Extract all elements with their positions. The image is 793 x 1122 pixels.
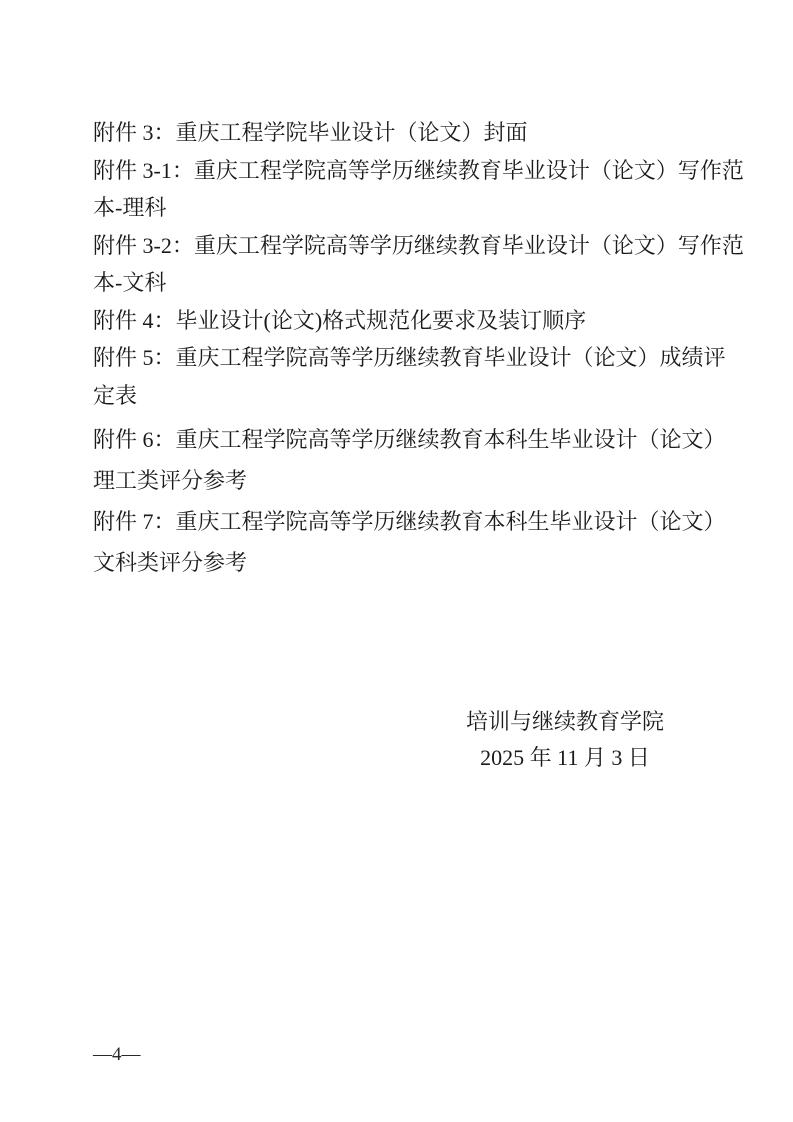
attachment-line-continuation: 本-文科 xyxy=(93,264,725,302)
signature-date: 2025 年 11 月 3 日 xyxy=(440,740,690,776)
signature-block: 培训与继续教育学院 2025 年 11 月 3 日 xyxy=(440,704,690,776)
attachment-line-continuation: 定表 xyxy=(93,377,725,415)
attachment-line: 附件 7：重庆工程学院高等学历继续教育本科生毕业设计（论文） xyxy=(93,501,725,542)
attachment-line-continuation: 理工类评分参考 xyxy=(93,460,725,501)
attachment-line: 附件 3-1：重庆工程学院高等学历继续教育毕业设计（论文）写作范 xyxy=(93,152,725,190)
attachment-line: 附件 5：重庆工程学院高等学历继续教育毕业设计（论文）成绩评 xyxy=(93,339,725,377)
attachment-line: 附件 4：毕业设计(论文)格式规范化要求及装订顺序 xyxy=(93,302,725,340)
document-page: 附件 3：重庆工程学院毕业设计（论文）封面 附件 3-1：重庆工程学院高等学历继… xyxy=(0,0,793,1122)
attachment-line: 附件 3-2：重庆工程学院高等学历继续教育毕业设计（论文）写作范 xyxy=(93,227,725,265)
attachment-line-continuation: 本-理科 xyxy=(93,189,725,227)
attachment-line: 附件 6：重庆工程学院高等学历继续教育本科生毕业设计（论文） xyxy=(93,419,725,460)
attachment-line-continuation: 文科类评分参考 xyxy=(93,542,725,583)
page-number: —4— xyxy=(93,1041,141,1069)
signature-department: 培训与继续教育学院 xyxy=(440,704,690,740)
attachment-line: 附件 3：重庆工程学院毕业设计（论文）封面 xyxy=(93,114,725,152)
attachment-list: 附件 3：重庆工程学院毕业设计（论文）封面 附件 3-1：重庆工程学院高等学历继… xyxy=(93,114,725,583)
